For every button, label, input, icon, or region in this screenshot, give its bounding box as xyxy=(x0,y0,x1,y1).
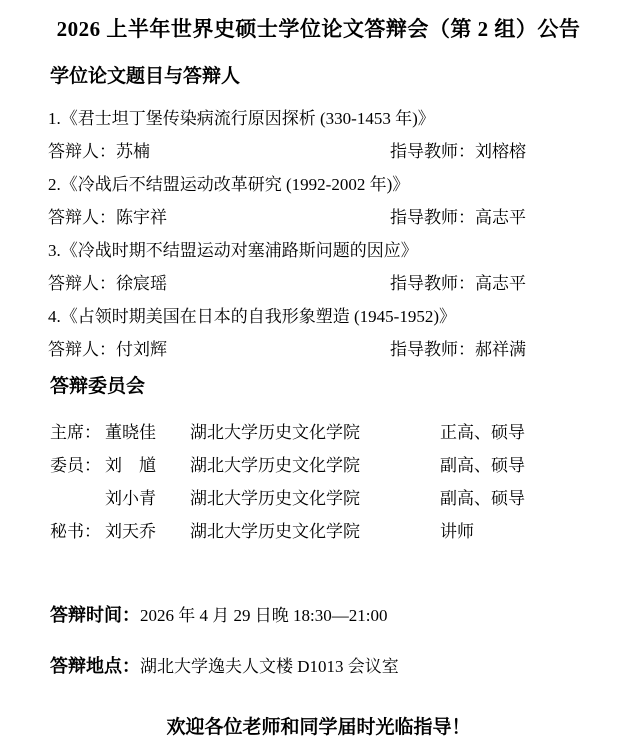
advisor-name: 高志平 xyxy=(475,274,526,293)
advisor-label: 指导教师： xyxy=(390,340,475,359)
advisor-name: 刘榕榕 xyxy=(475,142,526,161)
candidate-cell: 答辩人：徐宸瑶 xyxy=(48,267,390,300)
advisor-name: 郝祥满 xyxy=(475,340,526,359)
committee-row-member-2: 刘小青 湖北大学历史文化学院 副高、硕导 xyxy=(50,482,637,515)
committee-affiliation: 湖北大学历史文化学院 xyxy=(190,482,440,515)
committee-role xyxy=(50,482,105,515)
committee-affiliation: 湖北大学历史文化学院 xyxy=(190,449,440,482)
section-heading-committee: 答辩委员会 xyxy=(50,374,637,400)
advisor-cell: 指导教师：高志平 xyxy=(390,267,526,300)
thesis-people-row: 答辩人：苏楠 指导教师：刘榕榕 xyxy=(48,135,637,168)
candidate-label: 答辩人： xyxy=(48,208,116,227)
thesis-people-row: 答辩人：陈宇祥 指导教师：高志平 xyxy=(48,201,637,234)
thesis-title: 4.《占领时期美国在日本的自我形象塑造 (1945-1952)》 xyxy=(48,300,637,333)
defense-venue-value: 湖北大学逸夫人文楼 D1013 会议室 xyxy=(140,657,399,676)
candidate-label: 答辩人： xyxy=(48,340,116,359)
welcome-footer: 欢迎各位老师和同学届时光临指导！ xyxy=(0,714,637,742)
candidate-cell: 答辩人：付刘辉 xyxy=(48,333,390,366)
committee-rank: 正高、硕导 xyxy=(440,416,525,449)
committee-row-chair: 主席： 董晓佳 湖北大学历史文化学院 正高、硕导 xyxy=(50,416,637,449)
candidate-name: 徐宸瑶 xyxy=(116,274,167,293)
defense-time-row: 答辩时间：2026 年 4 月 29 日晚 18:30—21:00 xyxy=(50,602,637,629)
advisor-label: 指导教师： xyxy=(390,208,475,227)
candidate-name: 付刘辉 xyxy=(116,340,167,359)
committee-name: 刘 馗 xyxy=(105,449,190,482)
document-title: 2026 上半年世界史硕士学位论文答辩会（第 2 组）公告 xyxy=(8,14,629,44)
thesis-title: 3.《冷战时期不结盟运动对塞浦路斯问题的因应》 xyxy=(48,234,637,267)
advisor-label: 指导教师： xyxy=(390,274,475,293)
candidate-cell: 答辩人：苏楠 xyxy=(48,135,390,168)
committee-name: 董晓佳 xyxy=(105,416,190,449)
thesis-title: 2.《冷战后不结盟运动改革研究 (1992-2002 年)》 xyxy=(48,168,637,201)
thesis-item-1: 1.《君士坦丁堡传染病流行原因探析 (330-1453 年)》 答辩人：苏楠 指… xyxy=(48,102,637,168)
candidate-label: 答辩人： xyxy=(48,142,116,161)
committee-role: 主席： xyxy=(50,416,105,449)
candidate-label: 答辩人： xyxy=(48,274,116,293)
section-heading-theses: 学位论文题目与答辩人 xyxy=(50,64,637,90)
committee-name: 刘天乔 xyxy=(105,515,190,548)
advisor-name: 高志平 xyxy=(475,208,526,227)
committee-role: 秘书： xyxy=(50,515,105,548)
committee-affiliation: 湖北大学历史文化学院 xyxy=(190,515,440,548)
candidate-cell: 答辩人：陈宇祥 xyxy=(48,201,390,234)
committee-table: 主席： 董晓佳 湖北大学历史文化学院 正高、硕导 委员： 刘 馗 湖北大学历史文… xyxy=(50,416,637,548)
advisor-label: 指导教师： xyxy=(390,142,475,161)
committee-row-member-1: 委员： 刘 馗 湖北大学历史文化学院 副高、硕导 xyxy=(50,449,637,482)
candidate-name: 苏楠 xyxy=(116,142,150,161)
committee-rank: 副高、硕导 xyxy=(440,449,525,482)
advisor-cell: 指导教师：高志平 xyxy=(390,201,526,234)
thesis-item-2: 2.《冷战后不结盟运动改革研究 (1992-2002 年)》 答辩人：陈宇祥 指… xyxy=(48,168,637,234)
thesis-list: 1.《君士坦丁堡传染病流行原因探析 (330-1453 年)》 答辩人：苏楠 指… xyxy=(48,102,637,366)
thesis-people-row: 答辩人：付刘辉 指导教师：郝祥满 xyxy=(48,333,637,366)
committee-name: 刘小青 xyxy=(105,482,190,515)
defense-venue-row: 答辩地点：湖北大学逸夫人文楼 D1013 会议室 xyxy=(50,653,637,680)
thesis-item-3: 3.《冷战时期不结盟运动对塞浦路斯问题的因应》 答辩人：徐宸瑶 指导教师：高志平 xyxy=(48,234,637,300)
defense-time-label: 答辩时间： xyxy=(50,605,140,625)
committee-rank: 讲师 xyxy=(440,515,474,548)
defense-venue-label: 答辩地点： xyxy=(50,656,140,676)
committee-affiliation: 湖北大学历史文化学院 xyxy=(190,416,440,449)
defense-announcement-document: 2026 上半年世界史硕士学位论文答辩会（第 2 组）公告 学位论文题目与答辩人… xyxy=(0,0,637,756)
committee-row-secretary: 秘书： 刘天乔 湖北大学历史文化学院 讲师 xyxy=(50,515,637,548)
committee-role: 委员： xyxy=(50,449,105,482)
thesis-title: 1.《君士坦丁堡传染病流行原因探析 (330-1453 年)》 xyxy=(48,102,637,135)
defense-time-value: 2026 年 4 月 29 日晚 18:30—21:00 xyxy=(140,606,387,625)
advisor-cell: 指导教师：郝祥满 xyxy=(390,333,526,366)
candidate-name: 陈宇祥 xyxy=(116,208,167,227)
thesis-item-4: 4.《占领时期美国在日本的自我形象塑造 (1945-1952)》 答辩人：付刘辉… xyxy=(48,300,637,366)
committee-rank: 副高、硕导 xyxy=(440,482,525,515)
thesis-people-row: 答辩人：徐宸瑶 指导教师：高志平 xyxy=(48,267,637,300)
advisor-cell: 指导教师：刘榕榕 xyxy=(390,135,526,168)
